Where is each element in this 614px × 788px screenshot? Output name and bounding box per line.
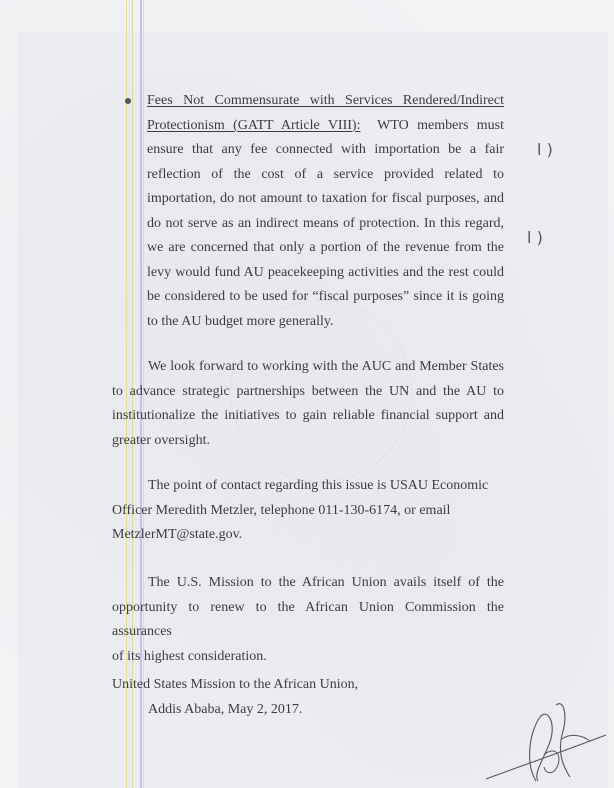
paragraph-consideration: The U.S. Mission to the African Union av… bbox=[112, 571, 504, 669]
text-line: importation, do not amount to taxation f… bbox=[147, 187, 504, 212]
contact-email: MetzlerMT@state.gov. bbox=[112, 523, 512, 548]
bullet-paragraph-gatt: Fees Not Commensurate with Services Rend… bbox=[147, 89, 504, 334]
text-line: The U.S. Mission to the African Union av… bbox=[112, 571, 504, 596]
paragraph-partnership: We look forward to working with the AUC … bbox=[112, 355, 504, 453]
text-line: do not serve as an indirect means of pro… bbox=[147, 212, 504, 237]
margin-annotation: l ) bbox=[527, 228, 544, 247]
bullet-icon bbox=[125, 98, 131, 104]
text-line: be considered to be used for “fiscal pur… bbox=[147, 285, 504, 310]
scanned-page: Fees Not Commensurate with Services Rend… bbox=[0, 0, 614, 788]
signature-icon bbox=[478, 695, 608, 785]
bullet-heading-line: Protectionism (GATT Article VIII): WTO m… bbox=[147, 114, 504, 139]
text-line: We look forward to working with the AUC … bbox=[112, 355, 504, 380]
paragraph-point-of-contact: The point of contact regarding this issu… bbox=[112, 474, 512, 548]
text-line: institutionalize the initiatives to gain… bbox=[112, 404, 504, 429]
text-line: opportunity to renew to the African Unio… bbox=[112, 596, 504, 645]
sender-name: United States Mission to the African Uni… bbox=[112, 673, 512, 698]
text-line: The point of contact regarding this issu… bbox=[112, 474, 512, 499]
text-line: reflection of the cost of a service prov… bbox=[147, 163, 504, 188]
text-line: to advance strategic partnerships betwee… bbox=[112, 380, 504, 405]
text-line: levy would fund AU peacekeeping activiti… bbox=[147, 261, 504, 286]
place-date: Addis Ababa, May 2, 2017. bbox=[112, 698, 512, 723]
margin-annotation: l ) bbox=[537, 140, 554, 159]
text-line: greater oversight. bbox=[112, 429, 504, 454]
text-line: we are concerned that only a portion of … bbox=[147, 236, 504, 261]
text-line: ensure that any fee connected with impor… bbox=[147, 138, 504, 163]
text-line: of its highest consideration. bbox=[112, 645, 504, 670]
text-line: to the AU budget more generally. bbox=[147, 310, 504, 335]
text-line: Officer Meredith Metzler, telephone 011-… bbox=[112, 499, 512, 524]
closing-block: United States Mission to the African Uni… bbox=[112, 673, 512, 722]
bullet-heading-line: Fees Not Commensurate with Services Rend… bbox=[147, 89, 504, 114]
